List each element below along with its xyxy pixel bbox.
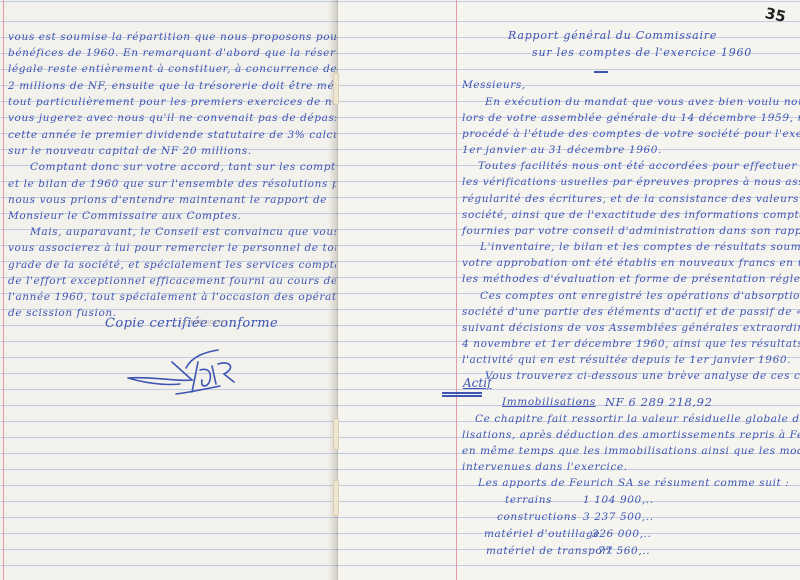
president-stamp: LE PRÉSIDENT bbox=[180, 320, 228, 326]
signature-icon bbox=[120, 340, 260, 410]
text-line: et le bilan de 1960 que sur l'ensemble d… bbox=[8, 176, 336, 192]
subsection-amount: NF 6 289 218,92 bbox=[605, 394, 713, 410]
margin-line bbox=[3, 0, 4, 580]
text-line: vous jugerez avec nous qu'il ne convenai… bbox=[8, 110, 336, 126]
section-heading-actif: Actif bbox=[463, 376, 492, 390]
text-line: grade de la société, et spécialement les… bbox=[8, 257, 336, 273]
report-title-line-1: Rapport général du Commissaire bbox=[508, 28, 717, 44]
text-line: les vérifications usuelles par épreuves … bbox=[462, 174, 800, 190]
left-page: vous est soumise la répartition que nous… bbox=[0, 0, 336, 580]
text-line: vous associerez à lui pour remercier le … bbox=[8, 240, 336, 256]
text-line: 2 millions de NF, ensuite que la trésore… bbox=[8, 78, 336, 94]
text-line: lisations, après déduction des amortisse… bbox=[462, 427, 800, 443]
text-line: procédé à l'étude des comptes de votre s… bbox=[462, 126, 800, 142]
text-line: lors de votre assemblée générale du 14 d… bbox=[462, 110, 800, 126]
text-line: cette année le premier dividende statuta… bbox=[8, 127, 336, 143]
text-line: 4 novembre et 1er décembre 1960, ainsi q… bbox=[462, 336, 800, 352]
text-line: bénéfices de 1960. En remarquant d'abord… bbox=[8, 45, 336, 61]
apports-value: 77 560,.. bbox=[598, 543, 650, 559]
text-line: votre approbation ont été établis en nou… bbox=[462, 255, 800, 271]
notebook-spread: vous est soumise la répartition que nous… bbox=[0, 0, 800, 580]
text-line: l'année 1960, tout spécialement à l'occa… bbox=[8, 289, 336, 305]
apports-value: 326 000,.. bbox=[592, 526, 651, 542]
text-line: les méthodes d'évaluation et forme de pr… bbox=[462, 271, 800, 287]
staple bbox=[333, 73, 339, 105]
staple bbox=[333, 418, 339, 450]
text-line: Vous trouverez ci-dessous une brève anal… bbox=[485, 368, 800, 384]
text-line: régularité des écritures, et de la consi… bbox=[462, 191, 800, 207]
text-line: légale reste entièrement à constituer, à… bbox=[8, 61, 336, 77]
text-line: l'activité qui en est résultée depuis le… bbox=[462, 352, 791, 368]
apports-label: matériel de transport bbox=[486, 543, 613, 559]
heading-rule bbox=[442, 395, 482, 397]
text-line: En exécution du mandat que vous avez bie… bbox=[485, 94, 800, 110]
apports-label: terrains bbox=[505, 492, 552, 508]
apports-label: constructions bbox=[497, 509, 577, 525]
margin-line bbox=[456, 0, 457, 580]
text-line: Toutes facilités nous ont été accordées … bbox=[478, 158, 800, 174]
staple bbox=[333, 480, 339, 516]
text-line: de scission fusion. bbox=[8, 305, 117, 321]
title-divider bbox=[594, 71, 608, 73]
report-title-line-2: sur les comptes de l'exercice 1960 bbox=[532, 45, 752, 61]
apports-intro: Les apports de Feurich SA se résument co… bbox=[478, 475, 789, 491]
text-line: L'inventaire, le bilan et les comptes de… bbox=[480, 239, 800, 255]
salutation: Messieurs, bbox=[462, 77, 526, 93]
text-line: de l'effort exceptionnel efficacement fo… bbox=[8, 273, 336, 289]
apports-value: 3 237 500,.. bbox=[583, 509, 654, 525]
text-line: Comptant donc sur votre accord, tant sur… bbox=[30, 159, 336, 175]
text-line: sur le nouveau capital de NF 20 millions… bbox=[8, 143, 252, 159]
text-line: Ces comptes ont enregistré les opération… bbox=[480, 288, 800, 304]
text-line: 1er janvier au 31 décembre 1960. bbox=[462, 142, 662, 158]
text-line: suivant décisions de vos Assemblées géné… bbox=[462, 320, 800, 336]
text-line: société, ainsi que de l'exactitude des i… bbox=[462, 207, 800, 223]
text-line: nous vous prions d'entendre maintenant l… bbox=[8, 192, 327, 208]
heading-rule bbox=[442, 392, 482, 394]
text-line: tout particulièrement pour les premiers … bbox=[8, 94, 336, 110]
text-line: société d'une partie des éléments d'acti… bbox=[462, 304, 800, 320]
text-line: Mais, auparavant, le Conseil est convain… bbox=[30, 224, 336, 240]
subsection-separator: - bbox=[578, 394, 582, 410]
text-line: fournies par votre conseil d'administrat… bbox=[462, 223, 800, 239]
text-line: intervenues dans l'exercice. bbox=[462, 459, 628, 475]
apports-label: matériel d'outillage bbox=[484, 526, 600, 542]
text-line: Monsieur le Commissaire aux Comptes. bbox=[8, 208, 242, 224]
text-line: vous est soumise la répartition que nous… bbox=[8, 29, 336, 45]
apports-value: 1 104 900,.. bbox=[583, 492, 654, 508]
text-line: en même temps que les immobilisations ai… bbox=[462, 443, 800, 459]
text-line: Ce chapitre fait ressortir la valeur rés… bbox=[475, 411, 800, 427]
